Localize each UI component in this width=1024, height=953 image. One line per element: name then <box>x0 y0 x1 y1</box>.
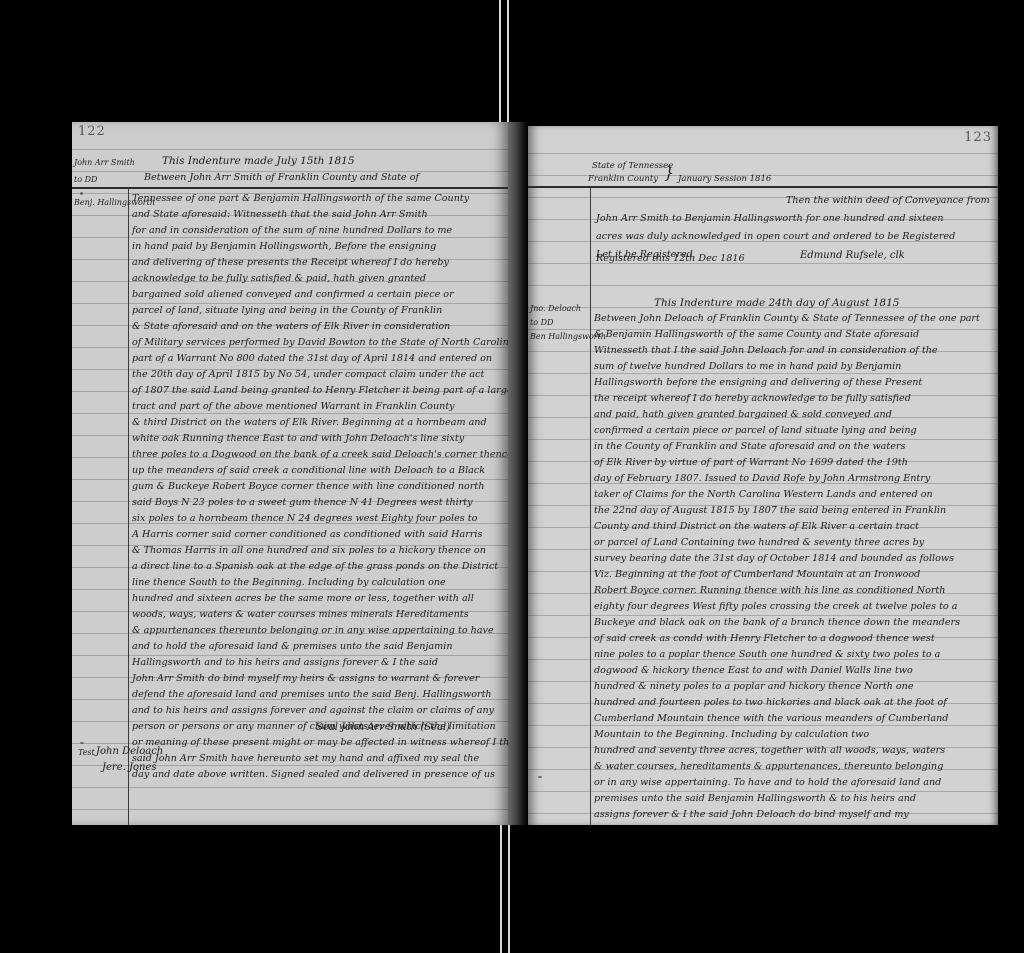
witness-name-1: John Deloach <box>96 746 163 757</box>
certificate-brace: } <box>664 162 674 184</box>
deed-body-right: Between John Deloach of Franklin County … <box>594 308 994 825</box>
deed-line: day and date above written. Signed seale… <box>132 764 510 786</box>
page-number-right: 123 <box>964 130 992 145</box>
book-gutter <box>508 122 528 825</box>
right-page: 123 State of Tennessee Franklin County }… <box>528 126 998 825</box>
certificate-county: Franklin County <box>588 173 658 185</box>
film-edge-line-top-right <box>507 0 509 122</box>
paper-speck <box>80 192 83 195</box>
grantor-signature: Seal John Arr Smith (Seal) <box>316 722 450 733</box>
deed-body-left: Tennessee of one part & Benjamin Halling… <box>132 188 510 786</box>
margin-column-rule <box>590 187 591 825</box>
paper-speck <box>80 742 84 744</box>
header-rule <box>528 186 998 188</box>
page-number-left: 122 <box>78 124 106 139</box>
margin-to-dd: to DD <box>530 318 553 327</box>
indenture-parties: Between John Arr Smith of Franklin Count… <box>144 167 419 189</box>
witness-name-2: Jere. Jones <box>102 762 157 773</box>
certificate-session: January Session 1816 <box>678 173 771 185</box>
clerk-signature: Edmund Rufsele, clk <box>800 250 905 261</box>
film-edge-line-bottom-left <box>500 825 502 953</box>
certificate-state: State of Tennessee <box>592 160 673 172</box>
film-edge-line-bottom-right <box>508 825 510 953</box>
registered-date: Registered this 12th Dec 1816 <box>596 248 745 270</box>
paper-speck <box>538 776 542 778</box>
deed-line: heirs to warrant and forever defend the … <box>594 820 994 825</box>
margin-column-rule <box>128 188 129 825</box>
film-edge-line-top-left <box>499 0 501 122</box>
margin-grantor: Jno. Deloach <box>530 304 581 313</box>
margin-to-dd: to DD <box>74 175 97 184</box>
margin-grantor: John Arr Smith <box>74 158 135 167</box>
left-page: 122 John Arr Smith to DD Benj. Hallingsw… <box>72 122 512 825</box>
witness-label: Test <box>78 748 95 757</box>
